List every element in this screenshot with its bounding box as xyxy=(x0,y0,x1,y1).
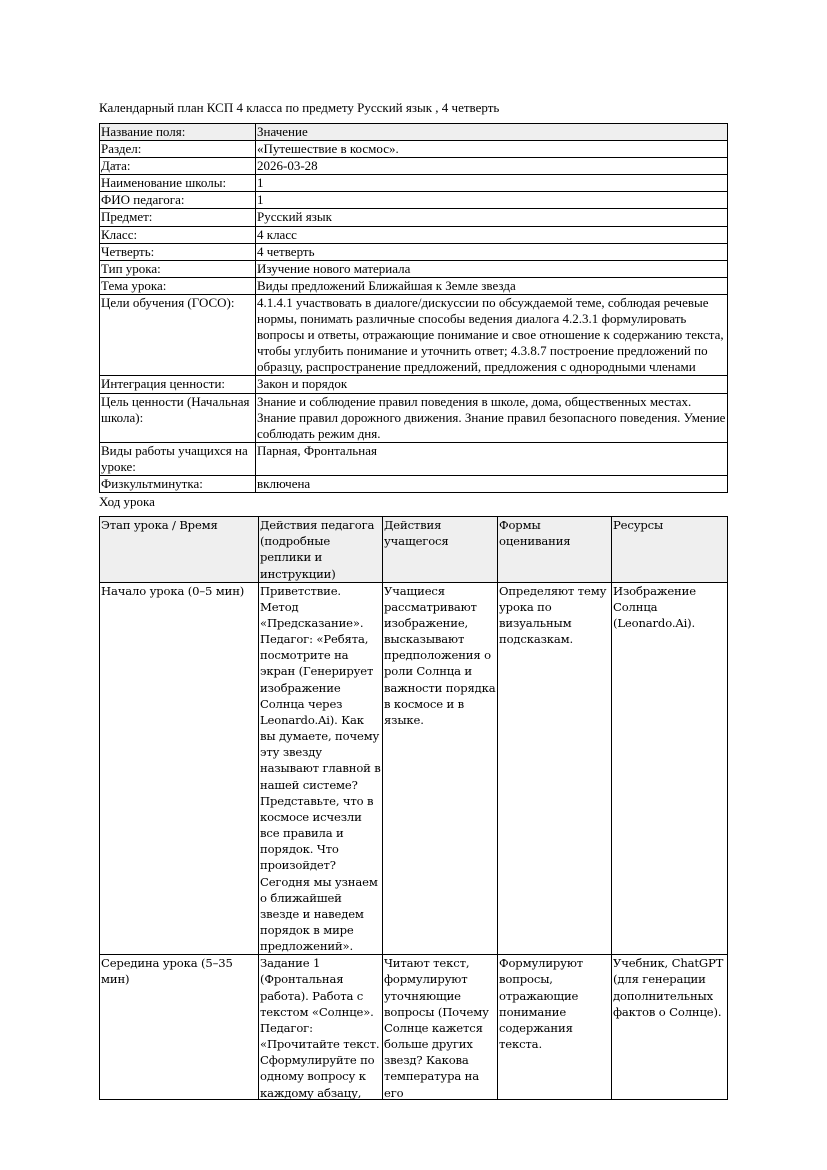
info-value: Русский язык xyxy=(256,209,728,226)
lesson-row-middle: Середина урока (5–35 мин) Задание 1 (Фро… xyxy=(100,955,728,1100)
info-value: 4 четверть xyxy=(256,243,728,260)
header-teacher-actions: Действия педагога (подробные реплики и и… xyxy=(259,517,383,583)
info-field: Тема урока: xyxy=(100,277,256,294)
stage-text: Середина урока (5–35 мин) xyxy=(101,955,257,1099)
student-actions-cell: Читают текст, формулируют уточняющие воп… xyxy=(383,955,498,1100)
info-field: Интеграция ценности: xyxy=(100,376,256,393)
info-field: Цель ценности (Начальная школа): xyxy=(100,393,256,442)
info-value: включена xyxy=(256,475,728,492)
info-row-school: Наименование школы: 1 xyxy=(100,175,728,192)
assessment-cell: Определяют тему урока по визуальным подс… xyxy=(498,582,612,955)
info-value: Знание и соблюдение правил поведения в ш… xyxy=(256,393,728,442)
info-field: Физкультминутка: xyxy=(100,475,256,492)
info-value: «Путешествие в космос». xyxy=(256,141,728,158)
stage-cell: Начало урока (0–5 мин) xyxy=(100,582,259,955)
document-title: Календарный план КСП 4 класса по предмет… xyxy=(99,100,727,116)
header-resources: Ресурсы xyxy=(612,517,728,583)
info-row-value-goal: Цель ценности (Начальная школа): Знание … xyxy=(100,393,728,442)
info-value: 2026-03-28 xyxy=(256,158,728,175)
info-header-value: Значение xyxy=(256,124,728,141)
lesson-row-start: Начало урока (0–5 мин) Приветствие. Мето… xyxy=(100,582,728,955)
stage-cell: Середина урока (5–35 мин) xyxy=(100,955,259,1100)
teacher-actions-cell: Приветствие. Метод «Предсказание». Педаг… xyxy=(259,582,383,955)
info-row-teacher: ФИО педагога: 1 xyxy=(100,192,728,209)
info-value: Закон и порядок xyxy=(256,376,728,393)
info-field: Четверть: xyxy=(100,243,256,260)
info-field: Цели обучения (ГОСО): xyxy=(100,294,256,375)
info-field: Дата: xyxy=(100,158,256,175)
student-actions-cell: Учащиеся рассматривают изображение, выск… xyxy=(383,582,498,955)
lesson-info-table: Название поля: Значение Раздел: «Путешес… xyxy=(99,123,728,493)
info-row-learning-goals: Цели обучения (ГОСО): 4.1.4.1 участвоват… xyxy=(100,294,728,375)
info-row-lesson-topic: Тема урока: Виды предложений Ближайшая к… xyxy=(100,277,728,294)
info-field: Виды работы учащихся на уроке: xyxy=(100,442,256,475)
header-stage: Этап урока / Время xyxy=(100,517,259,583)
info-value: Парная, Фронтальная xyxy=(256,442,728,475)
lesson-flow-heading: Ход урока xyxy=(99,494,727,510)
info-row-quarter: Четверть: 4 четверть xyxy=(100,243,728,260)
teacher-actions-cell: Задание 1 (Фронтальная работа). Работа с… xyxy=(259,955,383,1100)
info-value: 4.1.4.1 участвовать в диалоге/дискуссии … xyxy=(256,294,728,375)
info-field: Класс: xyxy=(100,226,256,243)
info-row-grade: Класс: 4 класс xyxy=(100,226,728,243)
info-field: Раздел: xyxy=(100,141,256,158)
assessment-cell: Формулируют вопросы, отражающие понимани… xyxy=(498,955,612,1100)
resources-cell: Изображение Солнца (Leonardo.Ai). xyxy=(612,582,728,955)
info-value: 4 класс xyxy=(256,226,728,243)
resources-text: Учебник, ChatGPT (для генерации дополнит… xyxy=(613,955,726,1099)
assessment-text: Формулируют вопросы, отражающие понимани… xyxy=(499,955,610,1099)
info-value: 1 xyxy=(256,192,728,209)
teacher-actions-text: Задание 1 (Фронтальная работа). Работа с… xyxy=(260,955,381,1099)
info-row-date: Дата: 2026-03-28 xyxy=(100,158,728,175)
info-field: ФИО педагога: xyxy=(100,192,256,209)
info-row-value-integration: Интеграция ценности: Закон и порядок xyxy=(100,376,728,393)
info-row-subject: Предмет: Русский язык xyxy=(100,209,728,226)
info-value: 1 xyxy=(256,175,728,192)
info-table-header: Название поля: Значение xyxy=(100,124,728,141)
lesson-table-header: Этап урока / Время Действия педагога (по… xyxy=(100,517,728,583)
info-row-work-types: Виды работы учащихся на уроке: Парная, Ф… xyxy=(100,442,728,475)
header-student-actions: Действия учащегося xyxy=(383,517,498,583)
info-field: Тип урока: xyxy=(100,260,256,277)
document-page: Календарный план КСП 4 класса по предмет… xyxy=(99,100,727,1100)
info-field: Наименование школы: xyxy=(100,175,256,192)
info-field: Предмет: xyxy=(100,209,256,226)
lesson-flow-table: Этап урока / Время Действия педагога (по… xyxy=(99,516,728,1100)
info-row-section: Раздел: «Путешествие в космос». xyxy=(100,141,728,158)
student-actions-text: Читают текст, формулируют уточняющие воп… xyxy=(384,955,496,1099)
info-row-physical-break: Физкультминутка: включена xyxy=(100,475,728,492)
info-header-field: Название поля: xyxy=(100,124,256,141)
info-value: Изучение нового материала xyxy=(256,260,728,277)
info-value: Виды предложений Ближайшая к Земле звезд… xyxy=(256,277,728,294)
header-assessment: Формы оценивания xyxy=(498,517,612,583)
info-row-lesson-type: Тип урока: Изучение нового материала xyxy=(100,260,728,277)
resources-cell: Учебник, ChatGPT (для генерации дополнит… xyxy=(612,955,728,1100)
